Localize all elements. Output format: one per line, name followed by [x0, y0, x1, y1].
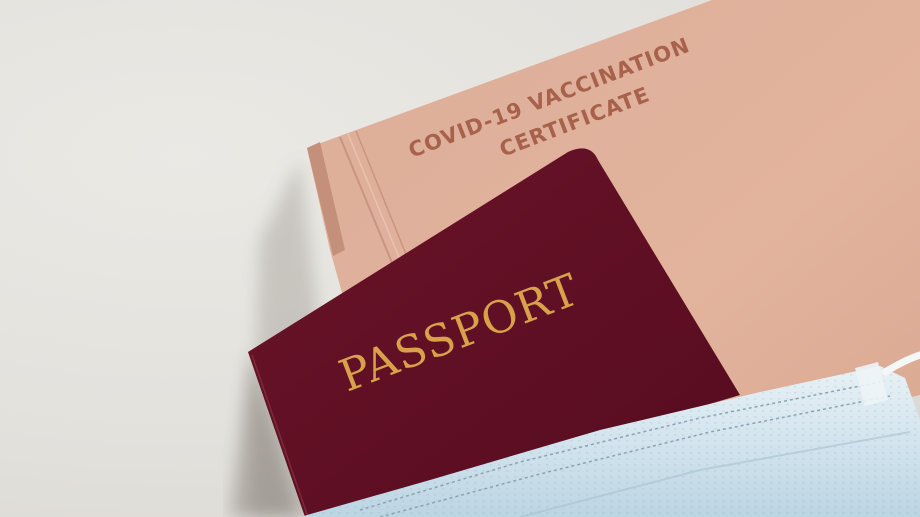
photo-scene: COVID-19 VACCINATION CERTIFICATE PASSPOR…: [0, 0, 920, 517]
scene-illustration: COVID-19 VACCINATION CERTIFICATE PASSPOR…: [0, 0, 920, 517]
